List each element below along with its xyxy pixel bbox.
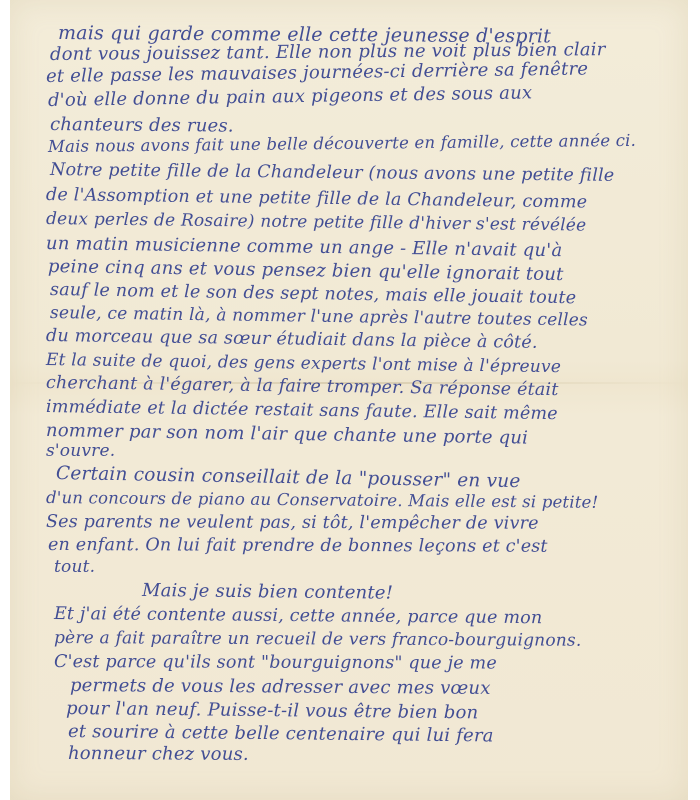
letter-line: Ses parents ne veulent pas, si tôt, l'em… bbox=[46, 512, 539, 534]
letter-line: nommer par son nom l'air que chante une … bbox=[46, 420, 528, 449]
letter-line: d'où elle donne du pain aux pigeons et d… bbox=[48, 82, 533, 111]
letter-line: père a fait paraître un recueil de vers … bbox=[54, 628, 582, 651]
letter-line: Et j'ai été contente aussi, cette année,… bbox=[54, 604, 543, 628]
letter-line: immédiate et la dictée restait sans faut… bbox=[46, 397, 558, 424]
letter-line: chanteurs des rues. bbox=[50, 114, 234, 137]
letter-line: s'ouvre. bbox=[46, 441, 115, 461]
letter-line: deux perles de Rosaire) notre petite fil… bbox=[46, 209, 587, 236]
letter-line: en enfant. On lui fait prendre de bonnes… bbox=[48, 535, 548, 557]
letter-line: honneur chez vous. bbox=[68, 743, 249, 765]
letter-line: Mais je suis bien contente! bbox=[142, 580, 393, 604]
letter-line: du morceau que sa sœur étudiait dans la … bbox=[46, 326, 538, 353]
letter-line: de l'Assomption et une petite fille de l… bbox=[46, 185, 588, 213]
letter-line: d'un concours de piano au Conservatoire.… bbox=[46, 488, 599, 512]
letter-line: C'est parce qu'ils sont "bourguignons" q… bbox=[54, 652, 497, 674]
letter-line: permets de vous les adresser avec mes vœ… bbox=[70, 675, 491, 699]
letter-line: tout. bbox=[54, 557, 95, 577]
letter-line: Notre petite fille de la Chandeleur (nou… bbox=[50, 160, 615, 186]
letter-line: pour l'an neuf. Puisse-t-il vous être bi… bbox=[66, 698, 479, 723]
letter-page: mais qui garde comme elle cette jeunesse… bbox=[10, 0, 688, 800]
letter-line: cherchant à l'égarer, à la faire tromper… bbox=[46, 373, 559, 400]
